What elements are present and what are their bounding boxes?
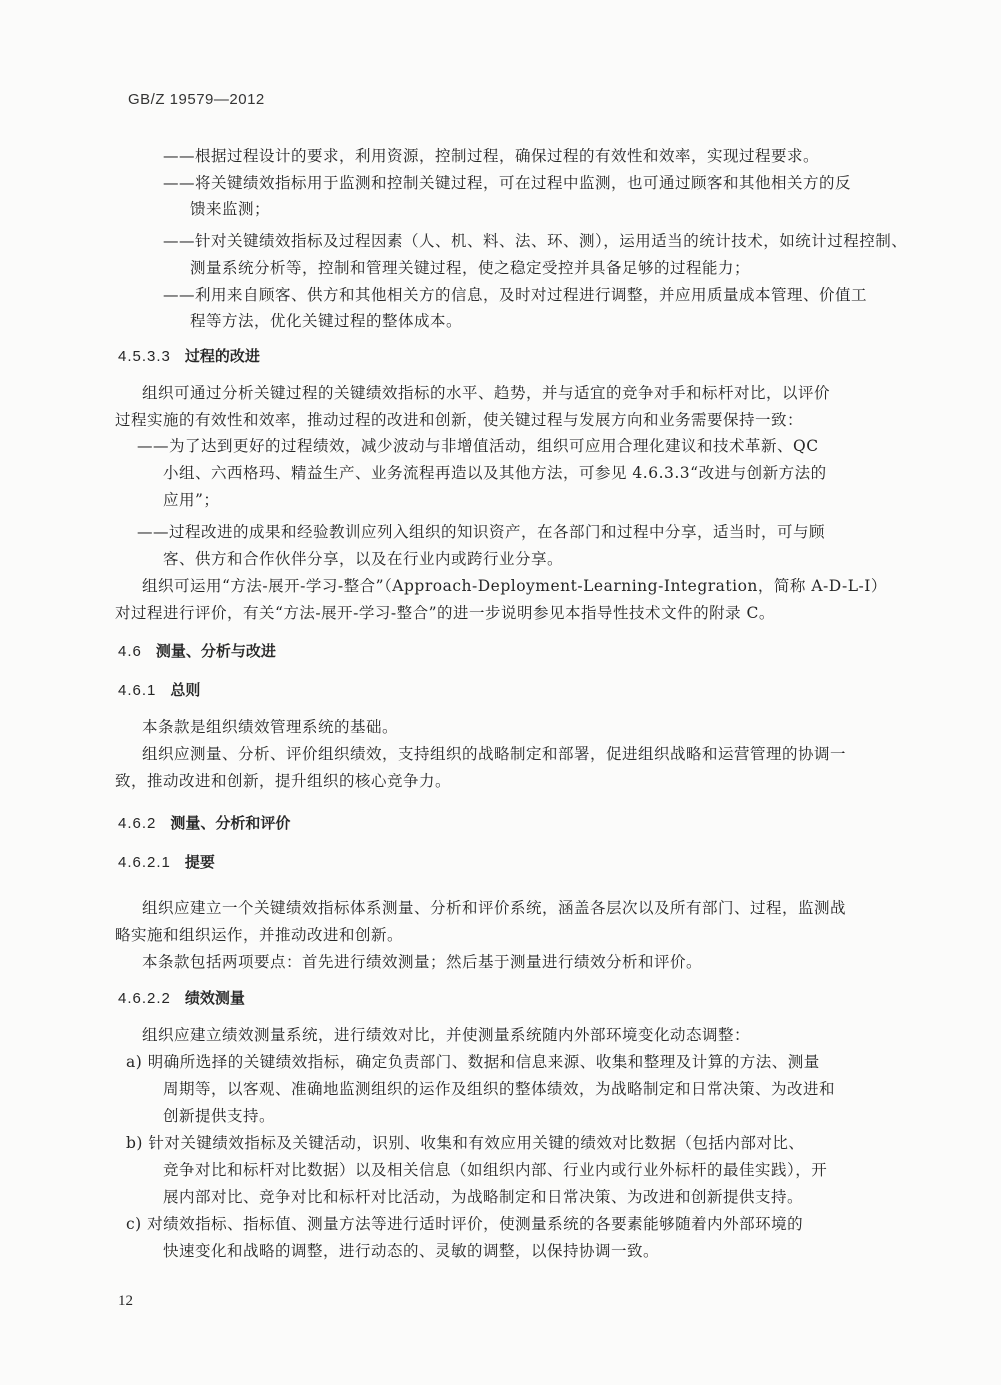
- section-title: 测量、分析与改进: [156, 642, 276, 660]
- text-line: 馈来监测；: [190, 199, 270, 219]
- section-number: 4.5.3.3: [118, 348, 171, 365]
- section-title: 提要: [185, 853, 215, 871]
- text-line: 组织可通过分析关键过程的关键绩效指标的水平、趋势，并与适宜的竞争对手和标杆对比，…: [142, 383, 830, 403]
- text-line: 组织应测量、分析、评价组织绩效，支持组织的战略制定和部署，促进组织战略和运营管理…: [142, 744, 846, 764]
- section-title: 绩效测量: [185, 989, 245, 1007]
- text-line: 展内部对比、竞争对比和标杆对比活动，为战略制定和日常决策、为改进和创新提供支持。: [163, 1187, 803, 1207]
- section-title: 过程的改进: [185, 347, 260, 365]
- section-title: 测量、分析和评价: [170, 814, 290, 832]
- text-line: b) 针对关键绩效指标及关键活动，识别、收集和有效应用关键的绩效对比数据（包括内…: [126, 1133, 804, 1153]
- section-number: 4.6.1: [118, 682, 156, 699]
- section-heading: 4.6测量、分析与改进: [118, 640, 276, 661]
- text-line: 周期等，以客观、准确地监测组织的运作及组织的整体绩效，为战略制定和日常决策、为改…: [163, 1079, 835, 1099]
- text-line: ——根据过程设计的要求，利用资源，控制过程，确保过程的有效性和效率，实现过程要求…: [163, 146, 819, 166]
- section-number: 4.6: [118, 643, 142, 660]
- text-line: 致，推动改进和创新，提升组织的核心竞争力。: [115, 771, 451, 791]
- text-line: 创新提供支持。: [163, 1106, 275, 1126]
- text-line: 过程实施的有效性和效率，推动过程的改进和创新，使关键过程与发展方向和业务需要保持…: [115, 410, 803, 430]
- section-number: 4.6.2.1: [118, 854, 171, 871]
- text-line: 测量系统分析等，控制和管理关键过程，使之稳定受控并具备足够的过程能力；: [190, 258, 750, 278]
- section-number: 4.6.2.2: [118, 990, 171, 1007]
- text-line: 组织可运用“方法-展开-学习-整合”（Approach-Deployment-L…: [142, 576, 887, 596]
- text-line: 快速变化和战略的调整，进行动态的、灵敏的调整，以保持协调一致。: [163, 1241, 659, 1261]
- text-line: 组织应建立一个关键绩效指标体系测量、分析和评价系统，涵盖各层次以及所有部门、过程…: [142, 898, 846, 918]
- text-line: c) 对绩效指标、指标值、测量方法等进行适时评价，使测量系统的各要素能够随着内外…: [126, 1214, 803, 1234]
- section-heading: 4.5.3.3过程的改进: [118, 345, 260, 366]
- section-heading: 4.6.2.1提要: [118, 851, 215, 872]
- text-line: 组织应建立绩效测量系统，进行绩效对比，并使测量系统随内外部环境变化动态调整：: [142, 1025, 750, 1045]
- text-line: ——利用来自顾客、供方和其他相关方的信息，及时对过程进行调整，并应用质量成本管理…: [163, 285, 867, 305]
- section-heading: 4.6.1总则: [118, 679, 200, 700]
- text-line: ——针对关键绩效指标及过程因素（人、机、料、法、环、测），运用适当的统计技术，如…: [163, 231, 907, 251]
- text-line: ——为了达到更好的过程绩效，减少波动与非增值活动，组织可应用合理化建议和技术革新…: [137, 436, 819, 456]
- text-line: 对过程进行评价，有关“方法-展开-学习-整合”的进一步说明参见本指导性技术文件的…: [115, 603, 775, 623]
- page-number: 12: [118, 1293, 133, 1310]
- text-line: 本条款包括两项要点：首先进行绩效测量；然后基于测量进行绩效分析和评价。: [142, 952, 702, 972]
- section-heading: 4.6.2.2绩效测量: [118, 987, 245, 1008]
- text-line: 本条款是组织绩效管理系统的基础。: [142, 717, 398, 737]
- section-title: 总则: [170, 681, 200, 699]
- text-line: ——将关键绩效指标用于监测和控制关键过程，可在过程中监测，也可通过顾客和其他相关…: [163, 173, 851, 193]
- document-page: GB/Z 19579—2012 ——根据过程设计的要求，利用资源，控制过程，确保…: [0, 0, 1001, 1385]
- text-line: 应用”；: [163, 490, 219, 510]
- section-number: 4.6.2: [118, 815, 156, 832]
- text-line: 略实施和组织运作，并推动改进和创新。: [115, 925, 403, 945]
- text-line: ——过程改进的成果和经验教训应列入组织的知识资产，在各部门和过程中分享，适当时，…: [137, 522, 825, 542]
- text-line: 竞争对比和标杆对比数据）以及相关信息（如组织内部、行业内或行业外标杆的最佳实践）…: [163, 1160, 827, 1180]
- text-line: 程等方法，优化关键过程的整体成本。: [190, 311, 462, 331]
- section-heading: 4.6.2测量、分析和评价: [118, 812, 290, 833]
- text-line: 客、供方和合作伙伴分享，以及在行业内或跨行业分享。: [163, 549, 563, 569]
- text-line: a) 明确所选择的关键绩效指标，确定负责部门、数据和信息来源、收集和整理及计算的…: [126, 1052, 820, 1072]
- text-line: 小组、六西格玛、精益生产、业务流程再造以及其他方法，可参见 4.6.3.3“改进…: [163, 463, 827, 483]
- document-code-header: GB/Z 19579—2012: [128, 91, 265, 108]
